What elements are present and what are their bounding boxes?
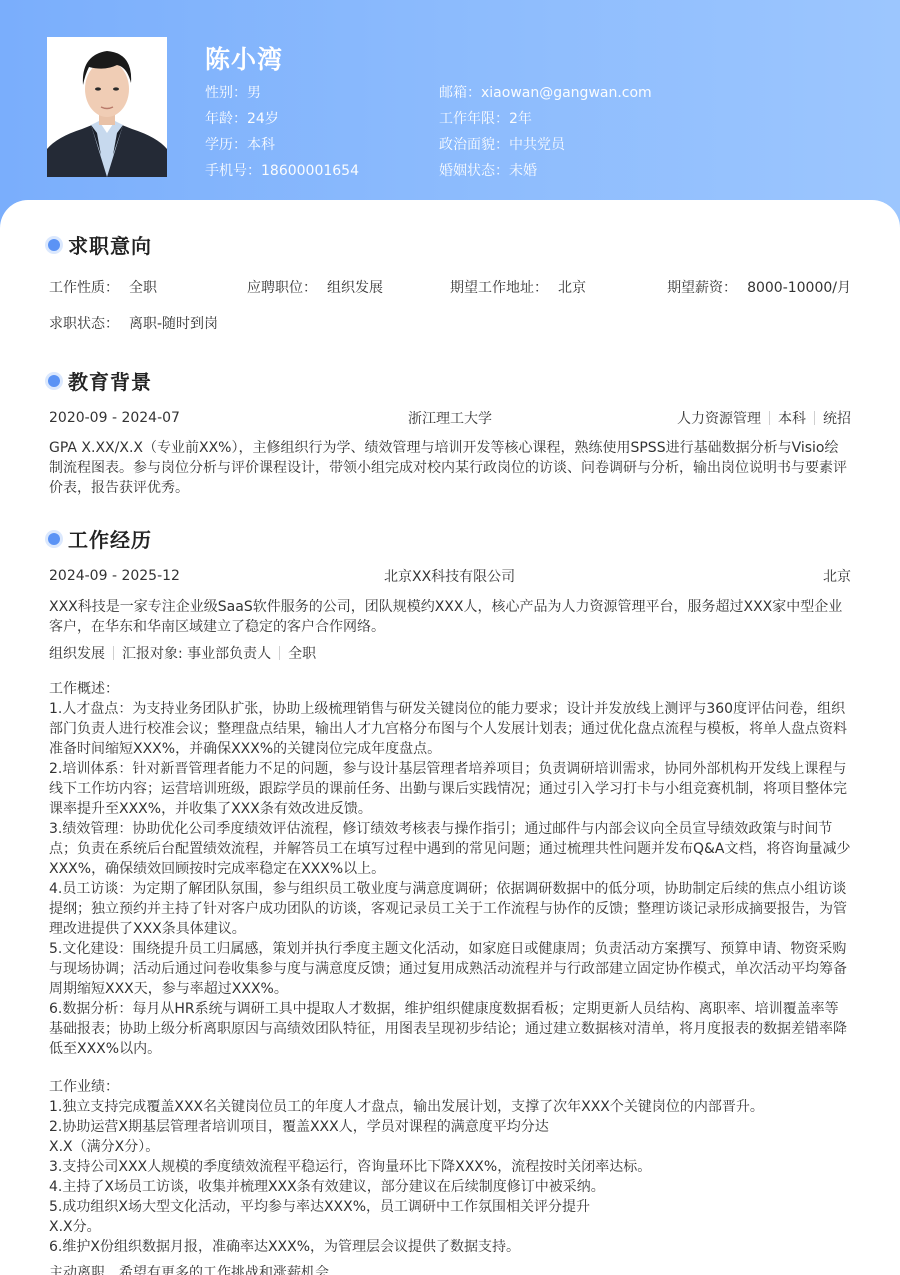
work-tag: 汇报对象: 事业部负责人 — [122, 643, 271, 663]
school-name: 浙江理工大学 — [408, 408, 492, 428]
work-achievements: 工作业绩： 1.独立支持完成覆盖XXX名关键岗位员工的年度人才盘点，输出发展计划… — [49, 1077, 851, 1257]
marital-status-field: 婚姻状态：未婚 — [439, 161, 652, 187]
email-field: 邮箱：xiaowan@gangwan.com — [439, 83, 652, 109]
achievement-item: 6.维护X份组织数据月报，准确率达XXX%，为管理层会议提供了数据支持。 — [49, 1237, 851, 1257]
overview-heading: 工作概述： — [49, 679, 851, 699]
avatar-icon — [47, 37, 167, 177]
age-field: 年龄：24岁 — [205, 109, 359, 135]
phone-field: 手机号：18600001654 — [205, 161, 359, 187]
work-tags: 组织发展汇报对象: 事业部负责人全职 — [49, 643, 851, 663]
intent-work-type: 工作性质：全职 — [49, 277, 157, 297]
achievement-item: 2.协助运营X期基层管理者培训项目，覆盖XXX人，学员对课程的满意度平均分达 — [49, 1117, 851, 1137]
education-details: 人力资源管理本科统招 — [677, 408, 851, 428]
job-intent-row-2: 求职状态：离职-随时到岗 — [49, 313, 851, 333]
work-period: 2024-09 - 2025-12 — [49, 568, 180, 584]
achievement-item: X.X（满分X分）。 — [49, 1137, 851, 1157]
section-job-intent: 求职意向 — [48, 230, 152, 259]
profile-photo — [47, 37, 167, 177]
education-period: 2020-09 - 2024-07 — [49, 410, 180, 426]
work-city: 北京 — [823, 566, 851, 586]
job-intent-row-1: 工作性质：全职 应聘职位：组织发展 期望工作地址：北京 期望薪资：8000-10… — [49, 277, 851, 297]
degree: 本科 — [778, 411, 806, 427]
work-tag: 组织发展 — [49, 643, 105, 663]
divider — [769, 411, 770, 425]
achievements-heading: 工作业绩： — [49, 1077, 851, 1097]
company-name: 北京XX科技有限公司 — [384, 566, 515, 586]
gender-field: 性别：男 — [205, 83, 359, 109]
achievement-item: 1.独立支持完成覆盖XXX名关键岗位员工的年度人才盘点，输出发展计划，支撑了次年… — [49, 1097, 851, 1117]
education-description: GPA X.XX/X.X（专业前XX%），主修组织行为学、绩效管理与培训开发等核… — [49, 438, 851, 498]
work-years-field: 工作年限：2年 — [439, 109, 652, 135]
section-title: 教育背景 — [68, 366, 152, 395]
achievement-item: 5.成功组织X场大型文化活动，平均参与率达XXX%，员工调研中工作氛围相关评分提… — [49, 1197, 851, 1217]
overview-item: 3.绩效管理：协助优化公司季度绩效评估流程，修订绩效考核表与操作指引；通过邮件与… — [49, 819, 851, 879]
major: 人力资源管理 — [677, 411, 761, 427]
work-tag: 全职 — [288, 643, 316, 663]
intent-position: 应聘职位：组织发展 — [247, 277, 383, 297]
work-overview: 工作概述： 1.人才盘点：为支持业务团队扩张，协助上级梳理销售与研发关键岗位的能… — [49, 679, 851, 1059]
overview-item: 5.文化建设：围绕提升员工归属感，策划并执行季度主题文化活动，如家庭日或健康周；… — [49, 939, 851, 999]
company-intro: XXX科技是一家专注企业级SaaS软件服务的公司，团队规模约XXX人，核心产品为… — [49, 597, 851, 637]
candidate-name: 陈小湾 — [205, 40, 283, 76]
basic-info-left: 性别：男 年龄：24岁 学历：本科 手机号：18600001654 — [205, 83, 359, 187]
achievement-item: 4.主持了X场员工访谈，收集并梳理XXX条有效建议，部分建议在后续制度修订中被采… — [49, 1177, 851, 1197]
intent-salary: 期望薪资：8000-10000/月 — [667, 277, 851, 297]
education-entry-header: 2020-09 - 2024-07 浙江理工大学 人力资源管理本科统招 — [49, 408, 851, 428]
divider — [814, 411, 815, 425]
intent-status: 求职状态：离职-随时到岗 — [49, 313, 218, 333]
work-entry-header: 2024-09 - 2025-12 北京XX科技有限公司 北京 — [49, 566, 851, 586]
section-title: 工作经历 — [68, 524, 152, 553]
divider — [279, 646, 280, 660]
education-level-field: 学历：本科 — [205, 135, 359, 161]
overview-item: 6.数据分析：每月从HR系统与调研工具中提取人才数据，维护组织健康度数据看板；定… — [49, 999, 851, 1059]
achievement-item: 3.支持公司XXX人规模的季度绩效流程平稳运行，咨询量环比下降XXX%，流程按时… — [49, 1157, 851, 1177]
divider — [113, 646, 114, 660]
section-title: 求职意向 — [68, 230, 152, 259]
intent-location: 期望工作地址：北京 — [450, 277, 586, 297]
bullet-dot-icon — [48, 375, 60, 387]
enrollment-type: 统招 — [823, 411, 851, 427]
overview-item: 2.培训体系：针对新晋管理者能力不足的问题，参与设计基层管理者培养项目；负责调研… — [49, 759, 851, 819]
overview-item: 4.员工访谈：为定期了解团队氛围，参与组织员工敬业度与满意度调研；依据调研数据中… — [49, 879, 851, 939]
achievement-item: X.X分。 — [49, 1217, 851, 1237]
leave-reason: 主动离职，希望有更多的工作挑战和涨薪机会 — [49, 1263, 851, 1275]
basic-info-right: 邮箱：xiaowan@gangwan.com 工作年限：2年 政治面貌：中共党员… — [439, 83, 652, 187]
overview-item: 1.人才盘点：为支持业务团队扩张，协助上级梳理销售与研发关键岗位的能力要求；设计… — [49, 699, 851, 759]
section-work-experience: 工作经历 — [48, 524, 152, 553]
bullet-dot-icon — [48, 533, 60, 545]
bullet-dot-icon — [48, 239, 60, 251]
political-status-field: 政治面貌：中共党员 — [439, 135, 652, 161]
section-education: 教育背景 — [48, 366, 152, 395]
